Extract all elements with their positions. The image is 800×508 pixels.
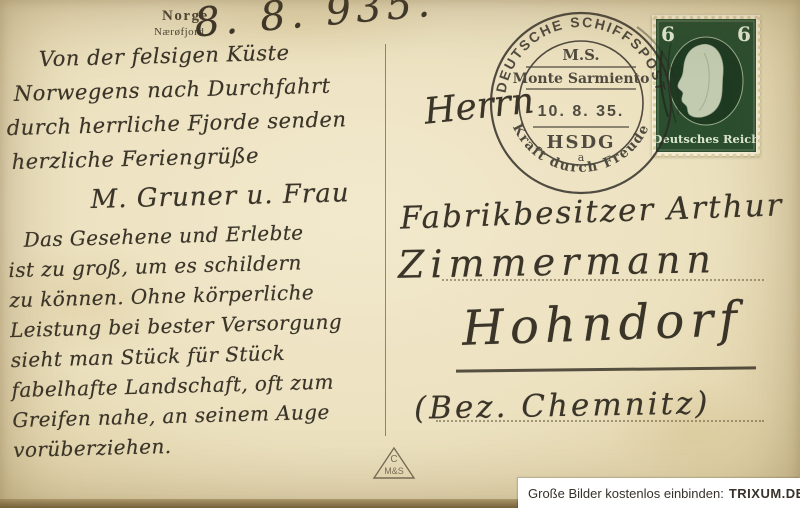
stamp-denomination-right: 6 [737, 22, 751, 46]
postmark-company: HSDG [547, 132, 616, 153]
publisher-mark-bottom: M&S [384, 466, 404, 476]
town-underline [456, 366, 756, 372]
postmark-code: a [578, 151, 585, 164]
stamp-perforation [756, 15, 761, 156]
recipient-surname: Zimmermann [398, 237, 718, 287]
postmark-ship-name: Monte Sarmiento [513, 71, 650, 87]
watermark-label: Große Bilder kostenlos einbinden: [528, 486, 724, 501]
publisher-mark-top: C [390, 454, 397, 465]
watermark-bar: Große Bilder kostenlos einbinden: TRIXUM… [518, 478, 800, 508]
recipient-district: (Bez. Chemnitz) [414, 385, 711, 426]
postmark-date: 10. 8. 35. [538, 103, 625, 120]
watermark-brand: TRIXUM.DE [729, 486, 800, 501]
handwritten-message: Von der felsigen Küste Norwegens nach Du… [3, 33, 406, 465]
postmark-ship-prefix: M.S. [562, 46, 599, 64]
postcard-scan: Norge Nærøfjord 8. 8. 935. Von der felsi… [0, 0, 800, 508]
recipient-name: Fabrikbesitzer Arthur [399, 187, 784, 236]
recipient-town: Hohndorf [461, 291, 744, 357]
